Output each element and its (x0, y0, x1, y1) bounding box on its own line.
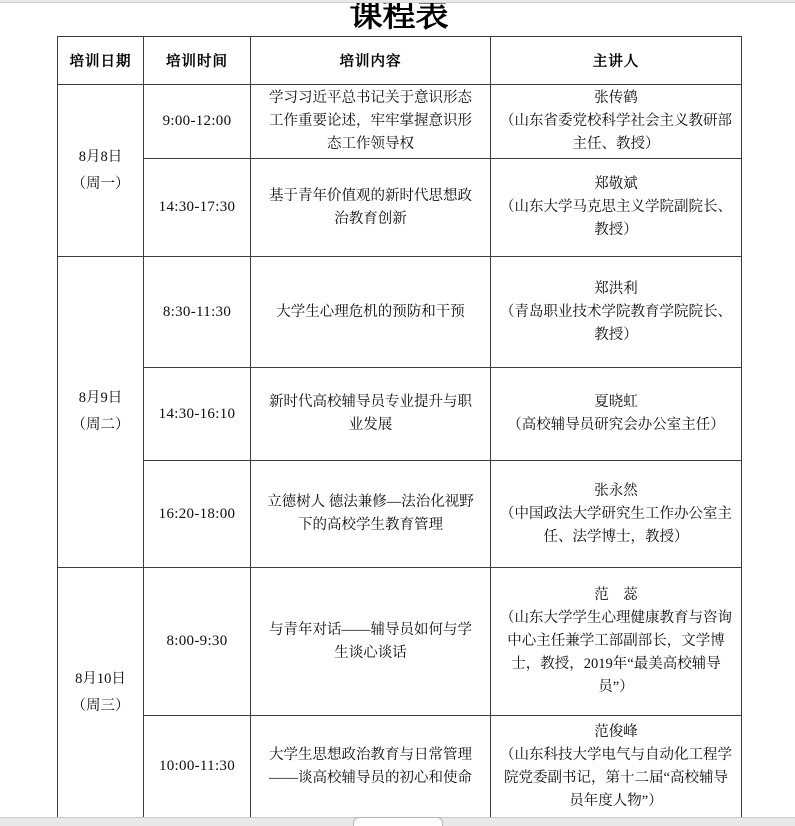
speaker-cell: 郑敬斌（山东大学马克思主义学院副院长、教授） (491, 159, 742, 257)
speaker-name: 张传鹤 (500, 87, 732, 110)
schedule-body: 8月8日（周一）9:00-12:00学习习近平总书记关于意识形态工作重要论述，牢… (58, 85, 742, 818)
speaker-cell: 范 蕊（山东大学学生心理健康教育与咨询中心主任兼学工部副部长，文学博士，教授，2… (491, 568, 742, 716)
speaker-name: 范 蕊 (500, 584, 732, 607)
speaker-title: （山东大学学生心理健康教育与咨询中心主任兼学工部副部长，文学博士，教授，2019… (500, 607, 732, 699)
session-row: 10:00-11:30大学生思想政治教育与日常管理——谈高校辅导员的初心和使命范… (58, 716, 742, 818)
speaker-title: （高校辅导员研究会办公室主任） (500, 414, 732, 437)
top-edge-strip (0, 0, 795, 3)
time-cell: 14:30-17:30 (144, 159, 251, 257)
speaker-title: （中国政法大学研究生工作办公室主任、法学博士，教授） (500, 503, 732, 549)
column-header-time: 培训时间 (144, 37, 251, 85)
column-header-date: 培训日期 (58, 37, 144, 85)
speaker-cell: 张传鹤（山东省委党校科学社会主义教研部主任、教授） (491, 85, 742, 159)
date-line: （周二） (58, 412, 143, 439)
bottom-popup-handle[interactable] (353, 817, 443, 826)
speaker-name: 郑敬斌 (500, 173, 732, 196)
header-row: 培训日期 培训时间 培训内容 主讲人 (58, 37, 742, 85)
session-row: 8月10日（周三）8:00-9:30与青年对话——辅导员如何与学生谈心谈话范 蕊… (58, 568, 742, 716)
date-cell: 8月10日（周三） (58, 568, 144, 818)
time-cell: 10:00-11:30 (144, 716, 251, 818)
speaker-cell: 郑洪利（青岛职业技术学院教育学院院长、教授） (491, 257, 742, 368)
content-cell: 与青年对话——辅导员如何与学生谈心谈话 (251, 568, 491, 716)
time-cell: 8:30-11:30 (144, 257, 251, 368)
session-row: 8月9日（周二）8:30-11:30大学生心理危机的预防和干预郑洪利（青岛职业技… (58, 257, 742, 368)
content-cell: 大学生心理危机的预防和干预 (251, 257, 491, 368)
page-title: 课程表 (57, 0, 741, 35)
speaker-name: 郑洪利 (500, 278, 732, 301)
session-row: 14:30-16:10新时代高校辅导员专业提升与职业发展夏晓虹（高校辅导员研究会… (58, 368, 742, 461)
speaker-cell: 张永然（中国政法大学研究生工作办公室主任、法学博士，教授） (491, 461, 742, 568)
session-row: 16:20-18:00立德树人 德法兼修—法治化视野下的高校学生教育管理张永然（… (58, 461, 742, 568)
time-cell: 16:20-18:00 (144, 461, 251, 568)
speaker-title: （山东大学马克思主义学院副院长、教授） (500, 196, 732, 242)
speaker-name: 范俊峰 (500, 721, 732, 744)
date-line: 8月8日 (58, 144, 143, 171)
time-cell: 9:00-12:00 (144, 85, 251, 159)
date-line: （周一） (58, 171, 143, 198)
content-cell: 立德树人 德法兼修—法治化视野下的高校学生教育管理 (251, 461, 491, 568)
time-cell: 14:30-16:10 (144, 368, 251, 461)
date-line: 8月10日 (58, 666, 143, 693)
session-row: 8月8日（周一）9:00-12:00学习习近平总书记关于意识形态工作重要论述，牢… (58, 85, 742, 159)
date-cell: 8月9日（周二） (58, 257, 144, 568)
speaker-name: 张永然 (500, 480, 732, 503)
column-header-speaker: 主讲人 (491, 37, 742, 85)
speaker-title: （山东科技大学电气与自动化工程学院党委副书记，第十二届“高校辅导员年度人物”） (500, 744, 732, 813)
speaker-cell: 夏晓虹（高校辅导员研究会办公室主任） (491, 368, 742, 461)
date-line: （周三） (58, 693, 143, 720)
speaker-title: （山东省委党校科学社会主义教研部主任、教授） (500, 110, 732, 156)
schedule-table: 培训日期 培训时间 培训内容 主讲人 8月8日（周一）9:00-12:00学习习… (57, 36, 742, 818)
session-row: 14:30-17:30基于青年价值观的新时代思想政治教育创新郑敬斌（山东大学马克… (58, 159, 742, 257)
column-header-content: 培训内容 (251, 37, 491, 85)
date-line: 8月9日 (58, 385, 143, 412)
content-cell: 基于青年价值观的新时代思想政治教育创新 (251, 159, 491, 257)
content-cell: 学习习近平总书记关于意识形态工作重要论述，牢牢掌握意识形态工作领导权 (251, 85, 491, 159)
speaker-name: 夏晓虹 (500, 391, 732, 414)
content-cell: 新时代高校辅导员专业提升与职业发展 (251, 368, 491, 461)
time-cell: 8:00-9:30 (144, 568, 251, 716)
date-cell: 8月8日（周一） (58, 85, 144, 257)
content-cell: 大学生思想政治教育与日常管理——谈高校辅导员的初心和使命 (251, 716, 491, 818)
speaker-cell: 范俊峰（山东科技大学电气与自动化工程学院党委副书记，第十二届“高校辅导员年度人物… (491, 716, 742, 818)
speaker-title: （青岛职业技术学院教育学院院长、教授） (500, 301, 732, 347)
